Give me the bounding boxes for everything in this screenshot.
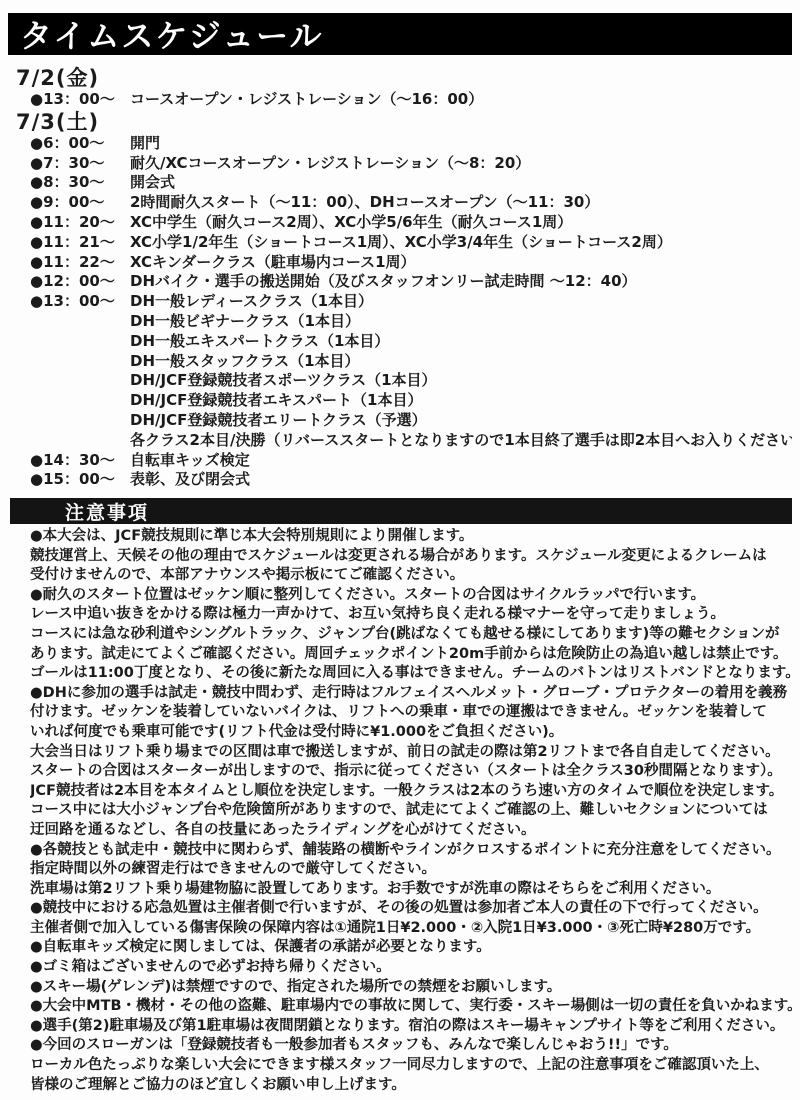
- note-line: いれば何度でも乗車可能です(リフト代金は受付時に¥1.000をご負担ください)。: [30, 723, 792, 743]
- schedule-label: 表彰、及び閉会式: [130, 470, 792, 490]
- note-line: スタートの合図はスターターが出しますので、指示に従ってください（スタートは全クラ…: [30, 762, 792, 782]
- note-line: ●今回のスローガンは「登録競技者も一般参加者もスタッフも、みんなで楽しんじゃおう…: [30, 1036, 792, 1056]
- note-line: ●DHに参加の選手は試走・競技中問わず、走行時はフルフェイスヘルメット・グローブ…: [30, 684, 792, 704]
- note-line: 受付けませんので、本部アナウンスや掲示板にてご確認ください。: [30, 566, 792, 586]
- schedule-label: DH/JCF登録競技者エリートクラス（予選）: [130, 411, 792, 431]
- schedule-label: XCキンダークラス（駐車場内コース1周）: [130, 253, 792, 273]
- note-line: ●スキー場(ゲレンデ)は禁煙ですので、指定された場所での禁煙をお願いします。: [30, 978, 792, 998]
- schedule-label: 2時間耐久スタート（～11：00）、DHコースオープン（～11：30）: [130, 193, 792, 213]
- schedule-label: XC中学生（耐久コース2周）、XC小学5/6年生（耐久コース1周）: [130, 213, 792, 233]
- schedule-time: [30, 431, 130, 451]
- schedule-row: DH/JCF登録競技者エリートクラス（予選）: [16, 411, 792, 431]
- schedule-row: ●7：30～ 耐久/XCコースオープン・レジストレーション（～8：20）: [16, 154, 792, 174]
- note-line: JCF競技者は2本目を本タイムとし順位を決定します。一般クラスは2本のうち速い方…: [30, 782, 792, 802]
- schedule-time: ●11：22～: [30, 253, 130, 273]
- schedule-row: ●12：00～ DHバイク・選手の搬送開始（及びスタッフオンリー試走時間 ～12…: [16, 272, 792, 292]
- schedule-label: DHバイク・選手の搬送開始（及びスタッフオンリー試走時間 ～12：40）: [130, 272, 792, 292]
- note-line: 付けます。ゼッケンを装着していないバイクは、リフトへの乗車・車での運搬はできませ…: [30, 703, 792, 723]
- schedule-time: ●9：00～: [30, 193, 130, 213]
- schedule-time: ●11：21～: [30, 233, 130, 253]
- schedule-time: ●6：00～: [30, 134, 130, 154]
- schedule-time: [30, 332, 130, 352]
- note-line: コースには急な砂利道やシングルトラック、ジャンプ台(跳ばなくても越せる様にしてあ…: [30, 625, 792, 645]
- schedule-row: ●9：00～ 2時間耐久スタート（～11：00）、DHコースオープン（～11：3…: [16, 193, 792, 213]
- schedule-label: DH/JCF登録競技者スポーツクラス（1本目）: [130, 371, 792, 391]
- schedule-label: DH一般ビギナークラス（1本目）: [130, 312, 792, 332]
- schedule-label: DH一般レディースクラス（1本目）: [130, 292, 792, 312]
- schedule-time: ●14：30～: [30, 451, 130, 471]
- note-line: 大会当日はリフト乗り場までの区間は車で搬送しますが、前日の試走の際は第2リフトま…: [30, 743, 792, 763]
- note-line: ●耐久のスタート位置はゼッケン順に整列してください。スタートの合図はサイクルラッ…: [30, 586, 792, 606]
- note-line: 皆様のご理解とご協力のほど宜しくお願い申し上げます。: [30, 1076, 792, 1096]
- notes-section: ●本大会は、JCF競技規則に準じ本大会特別規則により開催します。 競技運営上、天…: [30, 527, 792, 1095]
- note-line: ●大会中MTB・機材・その他の盗難、駐車場内での事故に関して、実行委・スキー場側…: [30, 997, 792, 1017]
- schedule-label: XC小学1/2年生（ショートコース1周）、XC小学3/4年生（ショートコース2周…: [130, 233, 792, 253]
- schedule-row: ●8：30～ 開会式: [16, 173, 792, 193]
- schedule-row: DH一般スタッフクラス（1本目）: [16, 352, 792, 372]
- notes-heading: 注意事項: [65, 498, 149, 525]
- schedule-row: ●13：00～ コースオープン・レジストレーション（～16：00）: [16, 90, 792, 110]
- note-line: 洗車場は第2リフト乗り場建物脇に設置してあります。お手数ですが洗車の際はそちらを…: [30, 880, 792, 900]
- schedule-label: DH一般エキスパートクラス（1本目）: [130, 332, 792, 352]
- schedule-time: [30, 411, 130, 431]
- schedule-section: 7/2(金) ●13：00～ コースオープン・レジストレーション（～16：00）…: [16, 66, 792, 490]
- schedule-row: ●14：30～ 自転車キッズ検定: [16, 451, 792, 471]
- schedule-time: [30, 371, 130, 391]
- schedule-time: ●12：00～: [30, 272, 130, 292]
- schedule-time: ●8：30～: [30, 173, 130, 193]
- date-header-day1: 7/2(金): [16, 66, 792, 90]
- document-page: タイムスケジュール 7/2(金) ●13：00～ コースオープン・レジストレーシ…: [0, 0, 800, 1100]
- note-line: ●自転車キッズ検定に関しましては、保護者の承諾が必要となります。: [30, 938, 792, 958]
- page-title: タイムスケジュール: [20, 11, 323, 57]
- schedule-row: DH/JCF登録競技者スポーツクラス（1本目）: [16, 371, 792, 391]
- schedule-label: 各クラス2本目/決勝（リバーススタートとなりますので1本目終了選手は即2本目へお…: [130, 431, 792, 451]
- schedule-label: コースオープン・レジストレーション（～16：00）: [130, 90, 792, 110]
- schedule-row: DH一般ビギナークラス（1本目）: [16, 312, 792, 332]
- schedule-time: ●7：30～: [30, 154, 130, 174]
- schedule-label: DH/JCF登録競技者エキスパート（1本目）: [130, 391, 792, 411]
- note-line: 迂回路を通るなどし、各自の技量にあったライディングを心がけてください。: [30, 821, 792, 841]
- schedule-label: 自転車キッズ検定: [130, 451, 792, 471]
- note-line: ローカル色たっぷりな楽しい大会にできます様スタッフ一同尽力しますので、上記の注意…: [30, 1056, 792, 1076]
- schedule-time: ●11：20～: [30, 213, 130, 233]
- schedule-row: DH/JCF登録競技者エキスパート（1本目）: [16, 391, 792, 411]
- note-line: ●各競技とも試走中・競技中に関わらず、舗装路の横断やラインがクロスするポイントに…: [30, 841, 792, 861]
- schedule-time: [30, 312, 130, 332]
- schedule-label: 耐久/XCコースオープン・レジストレーション（～8：20）: [130, 154, 792, 174]
- schedule-row: 各クラス2本目/決勝（リバーススタートとなりますので1本目終了選手は即2本目へお…: [16, 431, 792, 451]
- schedule-row: ●11：22～ XCキンダークラス（駐車場内コース1周）: [16, 253, 792, 273]
- schedule-time: [30, 391, 130, 411]
- notes-heading-bar: 注意事項: [10, 498, 792, 524]
- schedule-time: ●13：00～: [30, 292, 130, 312]
- note-line: 主催者側で加入している傷害保険の保障内容は①通院1日¥2.000・②入院1日¥3…: [30, 919, 792, 939]
- schedule-label: 開門: [130, 134, 792, 154]
- note-line: ●本大会は、JCF競技規則に準じ本大会特別規則により開催します。: [30, 527, 792, 547]
- note-line: ●ゴミ箱はございませんので必ずお持ち帰りください。: [30, 958, 792, 978]
- note-line: コース中には大小ジャンプ台や危険箇所がありますので、試走にてよくご確認の上、難し…: [30, 801, 792, 821]
- note-line: 競技運営上、天候その他の理由でスケジュールは変更される場合があります。スケジュー…: [30, 547, 792, 567]
- note-line: あります。試走にてよくご確認ください。周回チェックポイント20m手前からは危険防…: [30, 645, 792, 665]
- schedule-label: DH一般スタッフクラス（1本目）: [130, 352, 792, 372]
- schedule-label: 開会式: [130, 173, 792, 193]
- note-line: 指定時間以外の練習走行はできませんので厳守してください。: [30, 860, 792, 880]
- page-title-bar: タイムスケジュール: [8, 13, 792, 55]
- schedule-time: [30, 352, 130, 372]
- note-line: ●選手(第2)駐車場及び第1駐車場は夜間閉鎖となります。宿泊の際はスキー場キャン…: [30, 1017, 792, 1037]
- schedule-row: ●11：21～ XC小学1/2年生（ショートコース1周）、XC小学3/4年生（シ…: [16, 233, 792, 253]
- date-header-day2: 7/3(土): [16, 110, 792, 134]
- note-line: レース中追い抜きをかける際は極力一声かけて、お互い気持ち良く走れる様マナーを守っ…: [30, 605, 792, 625]
- schedule-row: ●15：00～ 表彰、及び閉会式: [16, 470, 792, 490]
- note-line: ゴールは11:00丁度となり、その後に新たな周回に入る事はできません。チームのバ…: [30, 664, 792, 684]
- schedule-time: ●13：00～: [30, 90, 130, 110]
- schedule-row: ●13：00～ DH一般レディースクラス（1本目）: [16, 292, 792, 312]
- schedule-time: ●15：00～: [30, 470, 130, 490]
- schedule-row: ●11：20～ XC中学生（耐久コース2周）、XC小学5/6年生（耐久コース1周…: [16, 213, 792, 233]
- note-line: ●競技中における応急処置は主催者側で行いますが、その後の処置は参加者ご本人の責任…: [30, 899, 792, 919]
- schedule-row: ●6：00～ 開門: [16, 134, 792, 154]
- schedule-row: DH一般エキスパートクラス（1本目）: [16, 332, 792, 352]
